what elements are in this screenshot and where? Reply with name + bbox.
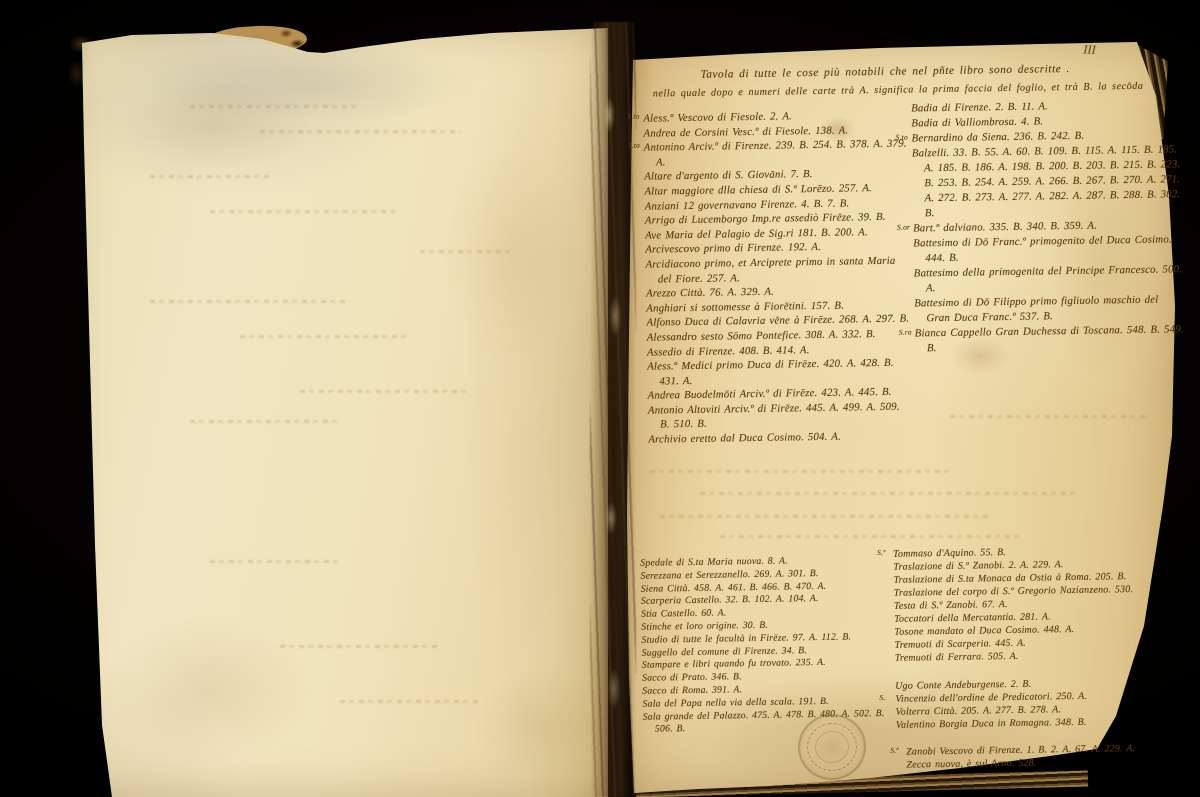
entry-text: Archivio eretto dal Duca Cosimo. 504. A. xyxy=(648,431,841,446)
stain xyxy=(122,80,312,170)
entry-text: Serezzana et Serezzanello. 269. A. 301. … xyxy=(640,568,818,582)
entry-text: Antonio Altoviti Arciv.º di Firēze. 445.… xyxy=(648,401,900,431)
bleedthrough-line xyxy=(210,210,400,213)
entry-text: Stinche et loro origine. 30. B. xyxy=(641,620,768,633)
entry-text: Bart.º dalviano. 335. B. 340. B. 359. A. xyxy=(913,220,1097,235)
entry-text: Studio di tutte le facultà in Firēze. 97… xyxy=(641,631,851,645)
bleedthrough-line xyxy=(240,335,410,338)
entry-prefix: S.º xyxy=(877,546,886,559)
index-header-line1: Tavola di tutte le cose più notabili che… xyxy=(700,61,1172,80)
entry-text: Suggello del comune di Firenze. 34. B. xyxy=(642,645,807,659)
index-entry: Balzelli. 33. B. 55. A. 60. B. 109. B. 1… xyxy=(912,142,1183,221)
index-entry: Aless.º Medici primo Duca di Firēze. 420… xyxy=(647,356,911,389)
index-entry: Battesimo della primogenita del Principe… xyxy=(914,262,1184,296)
entry-text: Tremuoti di Scarperia. 445. A. xyxy=(894,638,1026,651)
entry-text: Tommaso d'Aquino. 55. B. xyxy=(893,547,1006,560)
entry-text: Valentino Borgia Duca in Romagna. 348. B… xyxy=(896,717,1087,731)
entry-text: Battesimo di Dō Filippo primo figliuolo … xyxy=(914,294,1158,325)
entry-prefix: S.or xyxy=(897,219,910,234)
entry-text: Aless.º Medici primo Duca di Firēze. 420… xyxy=(647,357,894,387)
entry-text: Anghiari si sottomesse à Fiorētini. 157.… xyxy=(646,299,844,314)
bleedthrough-line xyxy=(340,700,480,703)
entry-text: Anziani 12 governavano Firenze. 4. B. 7.… xyxy=(645,197,850,212)
entry-text: Sacco di Prato. 346. B. xyxy=(642,671,742,684)
stain xyxy=(442,145,582,365)
bleedthrough-line xyxy=(210,560,340,563)
index-entry: S.toAntonino Arciv.º di Firenze. 239. B.… xyxy=(644,137,908,170)
entry-text: Testa di S.º Zanobi. 67. A. xyxy=(894,599,1008,612)
entry-prefix: S.to xyxy=(627,110,639,125)
entry-text: Spedale di S.ta Maria nuova. 8. A. xyxy=(640,555,788,568)
entry-text: Stia Castello. 60. A. xyxy=(641,608,727,620)
index-bottom-right-column-t: S.ºTommaso d'Aquino. 55. B. Traslazione … xyxy=(893,543,1189,665)
left-page xyxy=(62,25,608,797)
index-entry: Antonio Altoviti Arciv.º di Firēze. 445.… xyxy=(648,399,912,432)
entry-text: Bianca Cappello Gran Duchessa di Toscana… xyxy=(915,323,1184,354)
index-bottom-right-column-uv: Ugo Conte Andeburgense. 2. B. S.Vincenzi… xyxy=(895,675,1190,732)
entry-text: Stampare e libri quando fu trovato. 235.… xyxy=(642,657,826,671)
bleedthrough-line xyxy=(190,105,360,108)
index-bottom-right-column-z: S.ºZanobi Vescovo di Firenze. 1. B. 2. A… xyxy=(906,741,1194,772)
entry-text: Balzelli. 33. B. 55. A. 60. B. 109. B. 1… xyxy=(912,143,1181,219)
entry-text: Scarperia Castello. 32. B. 102. A. 104. … xyxy=(641,593,819,607)
entry-text: Aless.º Vescovo di Fiesole. 2. A. xyxy=(643,110,792,124)
entry-text: Siena Città. 458. A. 461. B. 466. B. 470… xyxy=(641,580,827,594)
index-entry: Arcidiacono primo, et Arciprete primo in… xyxy=(645,253,909,286)
bleedthrough-line xyxy=(260,130,460,133)
entry-prefix: S.º xyxy=(890,744,899,757)
entry-text: Tremuoti di Ferrara. 505. A. xyxy=(895,651,1019,664)
index-entry: S.raBianca Cappello Gran Duchessa di Tos… xyxy=(915,322,1185,356)
manuscript-photo: III Tavola di tutte le cose più notabili… xyxy=(0,0,1200,797)
bleedthrough-line xyxy=(420,250,510,253)
bleedthrough-line xyxy=(150,300,350,303)
index-entry: Battesimo di Dō Filippo primo figliuolo … xyxy=(914,292,1184,326)
entry-text: Arcidiacono primo, et Arciprete primo in… xyxy=(645,255,895,285)
entry-text: Badia di Firenze. 2. B. 11. A. xyxy=(911,100,1048,114)
index-top-right-column: Badia di Firenze. 2. B. 11. A. Badia di … xyxy=(911,97,1185,356)
folio-number: III xyxy=(1083,42,1096,58)
entry-text: Sacco di Roma. 391. A. xyxy=(642,684,742,697)
entry-text: Assedio di Firenze. 408. B. 414. A. xyxy=(647,344,810,359)
entry-text: Arezzo Città. 76. A. 329. A. xyxy=(646,286,774,300)
stain xyxy=(142,43,482,123)
entry-text: Sala del Papa nella via della scala. 191… xyxy=(642,696,828,710)
stain xyxy=(102,615,312,765)
index-entry: Battesimo di Dō Franc.º primogenito del … xyxy=(913,232,1183,266)
entry-prefix: S.to xyxy=(628,139,640,154)
entry-text: Zecca nuova, è sul Arno. 528. xyxy=(906,758,1036,771)
entry-prefix: S. xyxy=(879,691,885,704)
bleedthrough-line xyxy=(150,175,270,178)
entry-text: Bernardino da Siena. 236. B. 242. B. xyxy=(912,130,1085,145)
entry-text: Battesimo della primogenita del Principe… xyxy=(914,263,1183,294)
entry-text: Arcivescovo primo di Firenze. 192. A. xyxy=(645,241,821,256)
entry-prefix: S.to xyxy=(895,130,907,145)
index-page-text: III Tavola di tutte le cose più notabili… xyxy=(622,29,1194,797)
index-entry: Archivio eretto dal Duca Cosimo. 504. A. xyxy=(648,429,912,448)
entry-text: Altare d'argento di S. Giovāni. 7. B. xyxy=(644,168,813,183)
entry-text: Antonino Arciv.º di Firenze. 239. B. 254… xyxy=(644,138,907,169)
entry-text: Badia di Valliombrosa. 4. B. xyxy=(911,115,1043,129)
index-top-left-column: S.toAless.º Vescovo di Fiesole. 2. A. An… xyxy=(643,108,912,448)
index-header-line2: nella quale dopo e numeri delle carte tr… xyxy=(653,80,1187,99)
bleedthrough-line xyxy=(300,390,470,393)
entry-prefix: S.ra xyxy=(899,324,912,339)
entry-text: Andrea de Corsini Vesc.º di Fiesole. 138… xyxy=(643,124,848,139)
bleedthrough-line xyxy=(190,420,340,423)
bleedthrough-line xyxy=(280,645,440,648)
entry-text: Ugo Conte Andeburgense. 2. B. xyxy=(895,679,1031,692)
entry-text: Battesimo di Dō Franc.º primogenito del … xyxy=(913,233,1172,264)
index-bottom-left-column: Spedale di S.ta Maria nuova. 8. A. Serez… xyxy=(640,554,895,737)
